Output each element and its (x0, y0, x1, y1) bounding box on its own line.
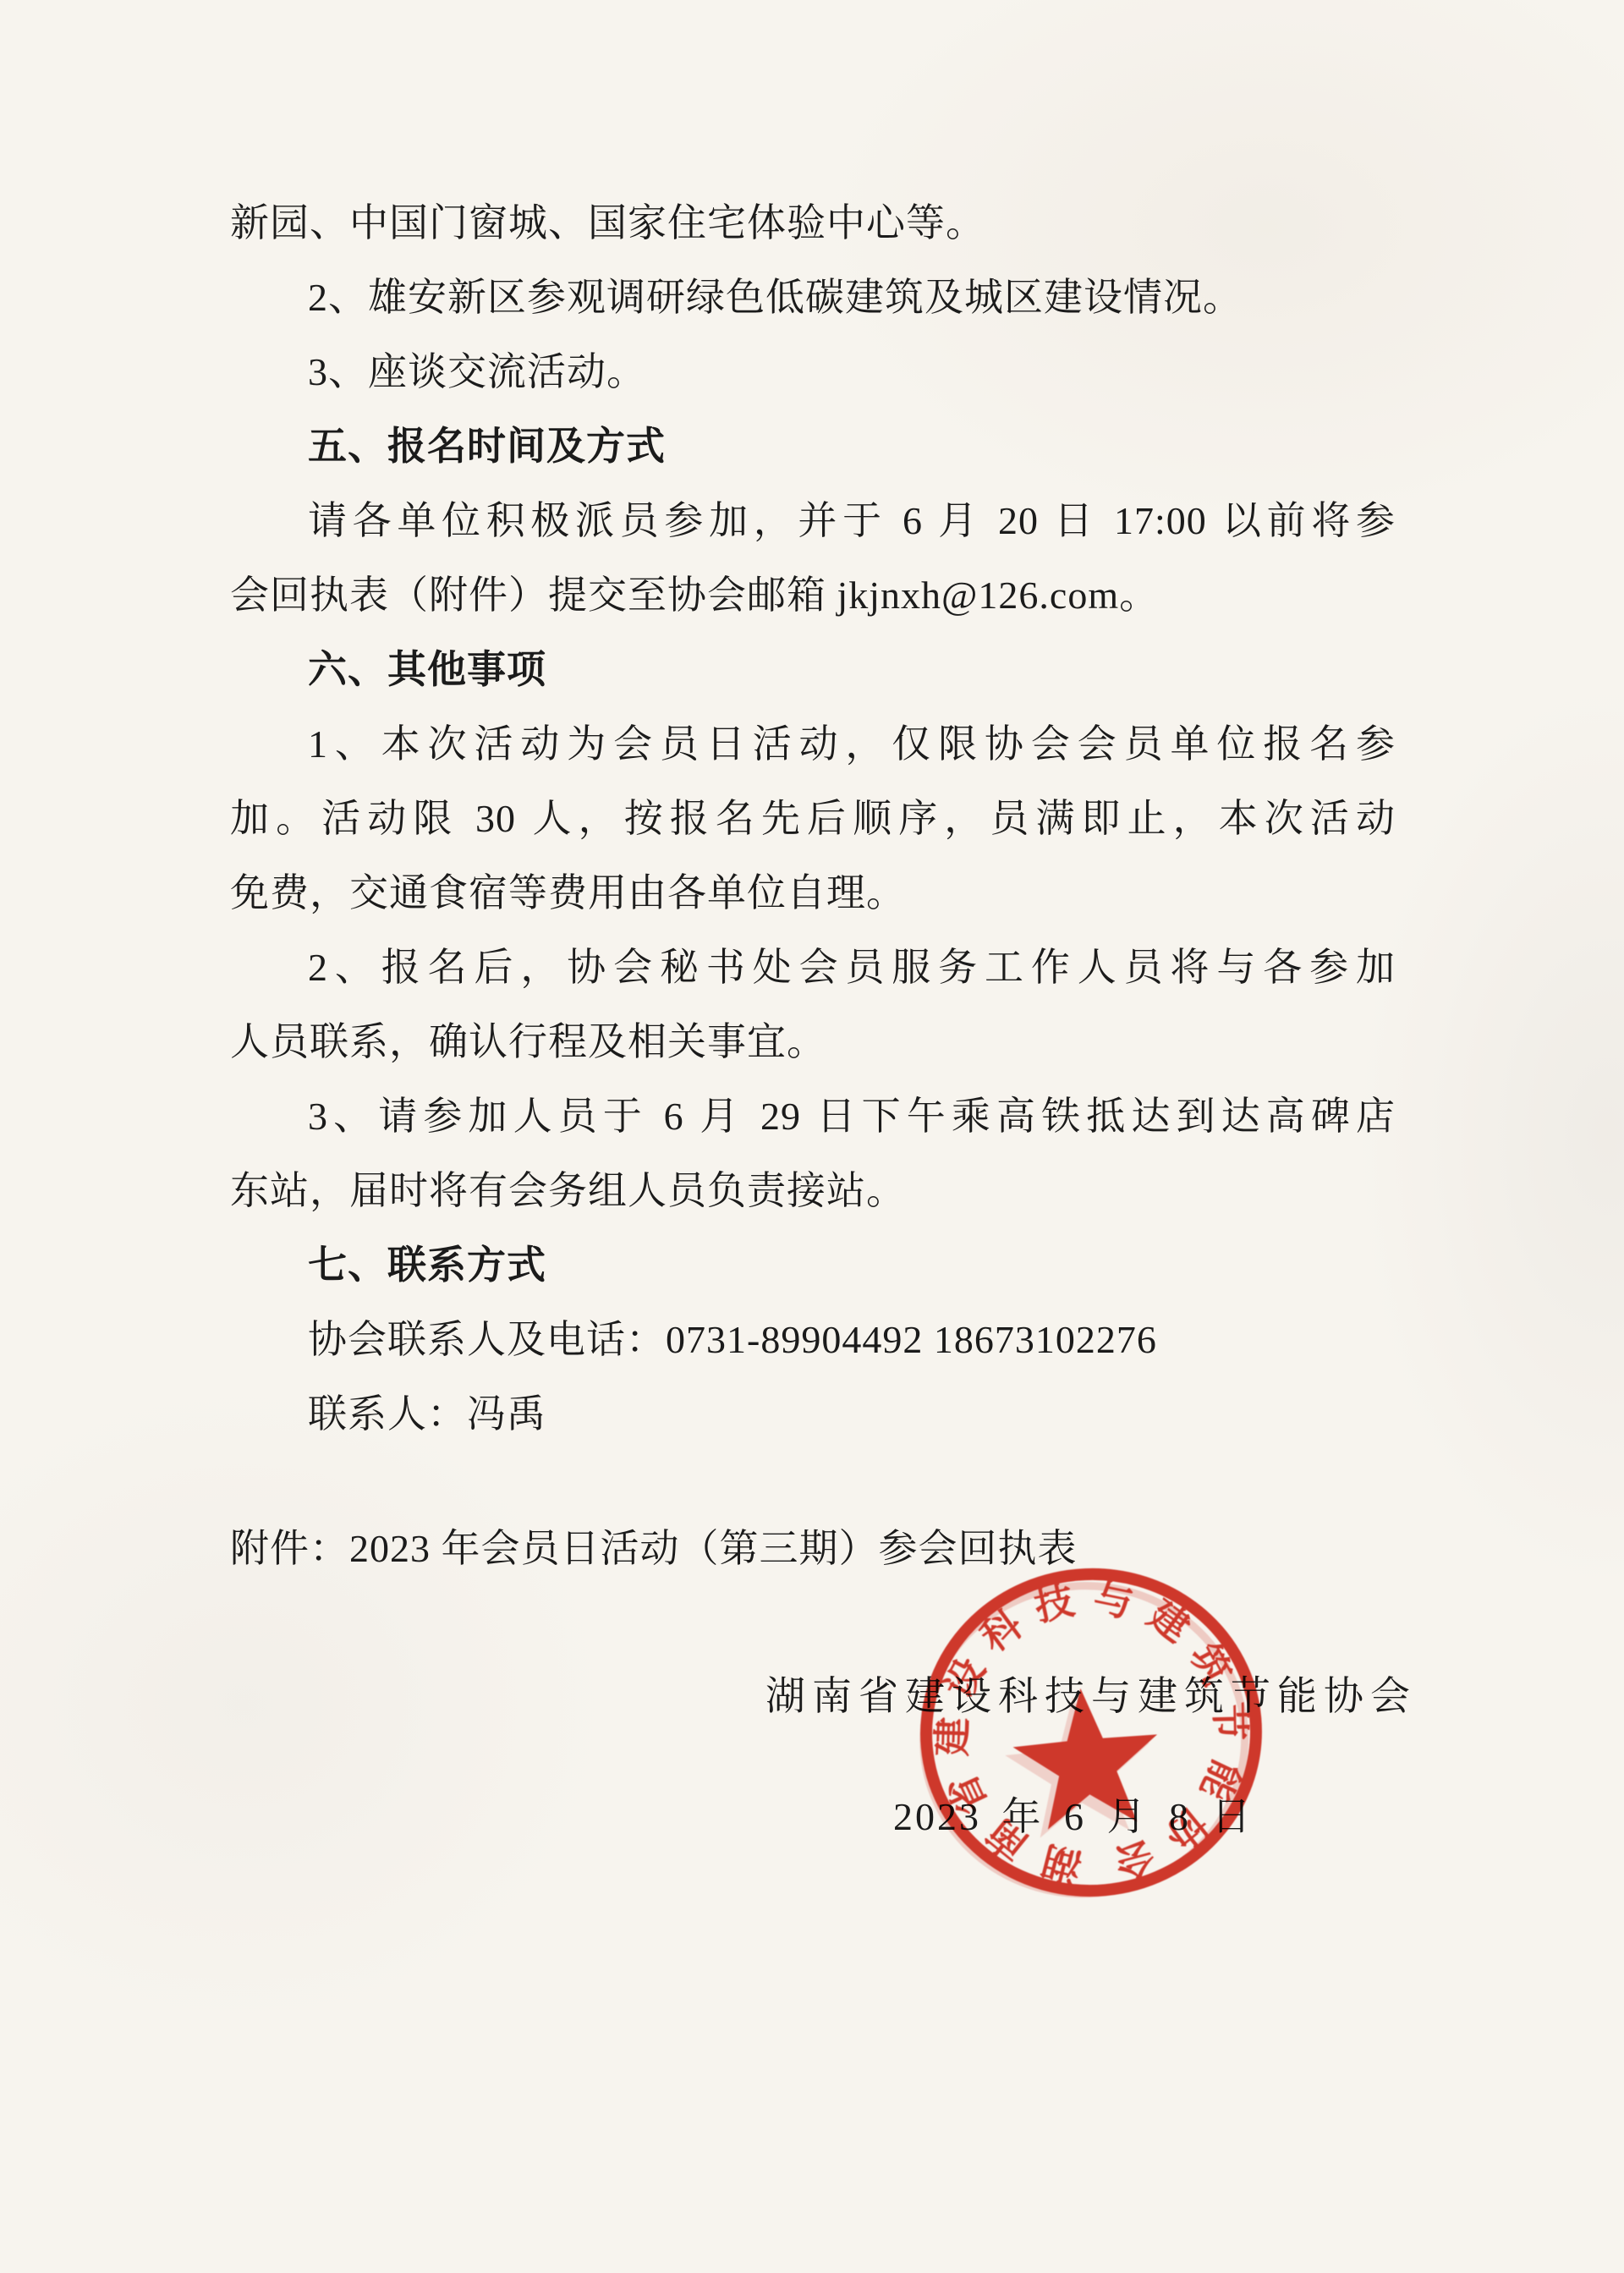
text-line: 人员联系，确认行程及相关事宜。 (230, 1005, 1396, 1079)
star-icon (1008, 1682, 1165, 1831)
text-line: 3、座谈交流活动。 (230, 335, 1396, 409)
text-line: 加。活动限 30 人，按报名先后顺序，员满即止，本次活动 (230, 782, 1396, 856)
text-line: 东站，届时将有会务组人员负责接站。 (230, 1154, 1396, 1228)
document-body: 新园、中国门窗城、国家住宅体验中心等。2、雄安新区参观调研绿色低碳建筑及城区建设… (230, 186, 1396, 1452)
text-line: 六、其他事项 (230, 633, 1396, 707)
text-line: 五、报名时间及方式 (230, 409, 1396, 484)
text-line: 协会联系人及电话：0731-89904492 18673102276 (230, 1303, 1396, 1377)
text-line: 2、雄安新区参观调研绿色低碳建筑及城区建设情况。 (230, 261, 1396, 335)
text-line: 2、报名后，协会秘书处会员服务工作人员将与各参加 (230, 931, 1396, 1005)
text-line: 请各单位积极派员参加，并于 6 月 20 日 17:00 以前将参 (230, 484, 1396, 558)
text-line: 七、联系方式 (230, 1228, 1396, 1303)
text-line: 会回执表（附件）提交至协会邮箱 jkjnxh@126.com。 (230, 558, 1396, 633)
text-line: 1、本次活动为会员日活动，仅限协会会员单位报名参 (230, 707, 1396, 782)
text-line: 新园、中国门窗城、国家住宅体验中心等。 (230, 186, 1396, 261)
scanned-document-page: 新园、中国门窗城、国家住宅体验中心等。2、雄安新区参观调研绿色低碳建筑及城区建设… (0, 0, 1624, 2273)
text-line: 3、请参加人员于 6 月 29 日下午乘高铁抵达到达高碑店 (230, 1079, 1396, 1154)
text-line: 联系人：冯禹 (230, 1377, 1396, 1452)
official-seal: 湖南省建设科技与建筑节能协会 (897, 1548, 1286, 1929)
text-line: 免费，交通食宿等费用由各单位自理。 (230, 856, 1396, 931)
